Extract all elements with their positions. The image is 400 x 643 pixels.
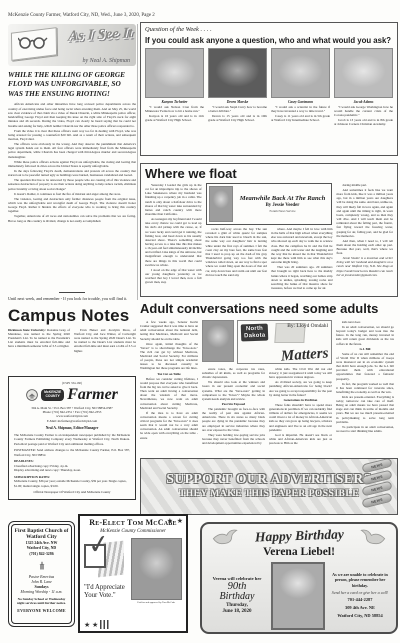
- badge-line-2: COUNTY: [44, 395, 61, 399]
- qow-photo-2: [208, 48, 267, 98]
- section-divider: [59, 292, 85, 293]
- newspaper-page: McKenzie County Farmer, Watford City, ND…: [0, 0, 400, 643]
- editorial-headline: WHILE THE KILLING OF GEORGE FLOYD WAS UN…: [8, 70, 136, 98]
- masthead-postmaster: POSTMASTER: Send address changes to the …: [14, 448, 130, 457]
- happy-birthday-script: Happy Birthday: [254, 527, 343, 545]
- qow-bio-2: Deven is 15 years old and is in 10th gra…: [208, 114, 267, 123]
- farm-icon: [26, 389, 38, 401]
- flag-stripes-icon: [100, 620, 109, 629]
- church-title: First Baptist Church of Watford City: [14, 528, 69, 541]
- column-rule: [137, 24, 138, 300]
- qow-grid: Kanyon Tschetter "I would ask Nelson Cru…: [145, 48, 393, 127]
- birthday-right-text: As we are unable to celebrate in person,…: [330, 572, 390, 619]
- north-dakota-badge: North Dakota: [241, 323, 269, 341]
- qow-name-4: Jacob Adams: [334, 100, 393, 105]
- as-i-see-it-byline: by Neal A. Shipman: [82, 58, 130, 64]
- banner-line-2: THEY MAKE THIS PAPER POSSIBLE: [179, 489, 359, 500]
- masthead-about: The McKenzie County Farmer is an indepen…: [14, 433, 130, 446]
- adult-article: A few weeks ago, Senator Kevin Cramer su…: [140, 320, 398, 458]
- ranch-credit: Forum News Service: [236, 209, 330, 213]
- campus-notes-title: Campus Notes: [8, 307, 136, 324]
- church-ad: First Baptist Church of Watford City 132…: [8, 521, 75, 627]
- qow-quote-3: "I would ask a scientist in the future i…: [271, 105, 330, 114]
- campus-col-2: Evan Heiser and Jocelynn Moss, of Watfor…: [74, 328, 136, 370]
- float-col-3: where. And maybe I fell in love with him…: [271, 227, 332, 291]
- adult-col-1: A few weeks ago, Senator Kevin Cramer su…: [140, 320, 198, 458]
- qow-entry-2: Deven Marske "I would ask Steph Curry ho…: [208, 48, 267, 127]
- qow-name-2: Deven Marske: [208, 100, 267, 105]
- nd-badge-line-2: Dakota: [244, 332, 265, 339]
- church-notice: No Sunday School or Wednesday night serv…: [14, 597, 69, 606]
- farmer-logo: McKENZIE COUNTY Farmer: [14, 387, 130, 403]
- ranch-column-box: Meanwhile Back At The Ranch By Jessie Ve…: [206, 183, 333, 225]
- qow-entry-1: Kanyon Tschetter "I would ask Nelson Cru…: [145, 48, 204, 127]
- qow-photo-3: [271, 48, 330, 98]
- church-welcome: EVERYONE WELCOME: [14, 608, 69, 613]
- omdahl-photo: [202, 320, 234, 362]
- glasses-icon: [18, 36, 48, 50]
- dove-icon: [210, 527, 240, 547]
- qow-kicker: Question of the Week . . . .: [145, 26, 393, 34]
- qow-question: If you could ask anyone a question, who …: [145, 36, 393, 45]
- birthday-left-text: Verena will celebrate her 90th Birthday …: [208, 576, 266, 616]
- birthday-name: Verena Liebel!: [208, 546, 390, 559]
- qow-entry-4: Jacob Adams "I would ask George Washingt…: [334, 48, 393, 127]
- mckenzie-county-badge: McKENZIE COUNTY: [41, 389, 64, 400]
- star-icon: ★ ★: [84, 621, 98, 629]
- adult-col-4: kids next door.In an adult conversation,…: [336, 320, 394, 458]
- mccabe-quote: "I'd Appreciate Your Vote.": [84, 584, 128, 601]
- masthead-editor: Neal A. Shipman, Editor/Manager: [14, 426, 130, 431]
- qow-entry-3: Casey Gartmann "I would ask a scientist …: [271, 48, 330, 127]
- qow-quote-2: "I would ask Steph Curry how to become a…: [208, 105, 267, 114]
- adult-middle: North Dakota By: Lloyd Omdahl Matters es…: [202, 320, 332, 458]
- masthead-deadlines: DEADLINES: Classified advertising copy: …: [14, 459, 130, 472]
- masthead-rates: SUBSCRIPTION RATES: McKenzie County, $36…: [14, 475, 130, 488]
- qow-bio-1: Kanyon is 16 years old and is in 11th gr…: [145, 114, 204, 123]
- qow-bio-3: Casey is 11 years old and is in 5th grad…: [271, 114, 330, 123]
- church-phone: (701) 842-3286: [14, 552, 69, 557]
- question-of-week-box: Question of the Week . . . . If you coul…: [140, 22, 398, 156]
- birthday-photo: [271, 562, 325, 630]
- masthead-email: E-Mail: mcfarmer@watfordcitynd.com: [14, 419, 130, 423]
- checkbox-flag-icon: ✓: [84, 538, 124, 580]
- matters-script: Matters: [281, 346, 329, 364]
- masthead-box: (USPS 334-160) McKENZIE COUNTY Farmer 30…: [8, 376, 136, 500]
- usps-number: (USPS 334-160): [14, 381, 130, 385]
- rates-text: McKenzie County, $36 per year; outside M…: [14, 479, 127, 487]
- as-i-see-it-logo: As I See It by Neal A. Shipman: [8, 24, 136, 66]
- adult-col-2: estate taxes, the corporate tax rates, s…: [202, 367, 265, 446]
- birthday-ad: Happy Birthday Verena Liebel! Verena wil…: [200, 522, 398, 634]
- adult-col-3: white kids. The Civil War did not end sl…: [269, 367, 332, 446]
- columnist-photo: [209, 186, 233, 222]
- adult-headline: Adult conversations need some adults: [140, 302, 398, 317]
- qow-quote-1: "I would ask Nelson Cruz from the Minnes…: [145, 105, 204, 114]
- qow-photo-1: [145, 48, 204, 98]
- nd-matters-logo: North Dakota By: Lloyd Omdahl Matters: [237, 320, 332, 364]
- campus-col-1: Dickinson State University: Roxanne Gray…: [8, 328, 70, 370]
- mccabe-disclaimer: Paid for and approved by Tom McCabe: [131, 601, 182, 604]
- editorial-tagline: Until next week, and remember - If you l…: [8, 296, 136, 301]
- page-header: McKenzie County Farmer, Watford City, ND…: [8, 13, 155, 18]
- banner-line-1: SUPPORT OUR ADVERTISERS: [166, 472, 371, 487]
- qow-name-1: Kanyon Tschetter: [145, 100, 204, 105]
- float-middle: Meanwhile Back At The Ranch By Jessie Ve…: [206, 183, 333, 291]
- editorial-body: African Americans and other minorities h…: [8, 102, 136, 288]
- ranch-column-title: Meanwhile Back At The Ranch: [236, 195, 330, 202]
- dove-icon: [358, 527, 388, 547]
- star-icon: ★ ★: [167, 517, 184, 525]
- float-col-2: rocks half-way across the bay. The sun r…: [206, 227, 267, 291]
- mccabe-campaign-ad: ★ ★ Re-Elect Tom McCabe McKenzie County …: [78, 514, 188, 633]
- as-i-see-it-title: As I See It: [68, 25, 133, 45]
- qow-quote-4: "I would ask George Washington how he wo…: [334, 105, 393, 118]
- candidate-photo: [131, 538, 182, 600]
- where-we-float-box: Where we float Yesterday I loaded the gi…: [140, 163, 398, 297]
- campus-notes: Dickinson State University: Roxanne Gray…: [8, 328, 136, 370]
- float-headline: Where we float: [145, 167, 393, 180]
- adult-byline: By: Lloyd Omdahl: [287, 324, 328, 329]
- qow-photo-4: [334, 48, 393, 98]
- float-col-4: during middle part.And sometimes it feel…: [336, 183, 393, 291]
- masthead-official: Official Newspaper Of Watford City And M…: [14, 490, 130, 494]
- newspaper-rolls: NEWS NEWS NEWS NEWS: [362, 461, 396, 507]
- right-column: Question of the Week . . . . If you coul…: [140, 22, 398, 458]
- worship-time: Morning Worship - 11 a.m.: [14, 590, 69, 595]
- float-col-1: Yesterday I loaded the girls up in the c…: [145, 183, 202, 291]
- left-column: As I See It by Neal A. Shipman WHILE THE…: [8, 24, 136, 500]
- advertisers-banner: SUPPORT OUR ADVERTISERS THEY MAKE THIS P…: [140, 458, 398, 515]
- farmer-wordmark: Farmer: [67, 387, 118, 403]
- qow-name-3: Casey Gartmann: [271, 100, 330, 105]
- church-icon: [37, 560, 47, 570]
- qow-bio-4: Jacob is 13 years old and is in 8th grad…: [334, 118, 393, 127]
- deadline-2: Display advertising and news copy: Thurs…: [14, 468, 81, 472]
